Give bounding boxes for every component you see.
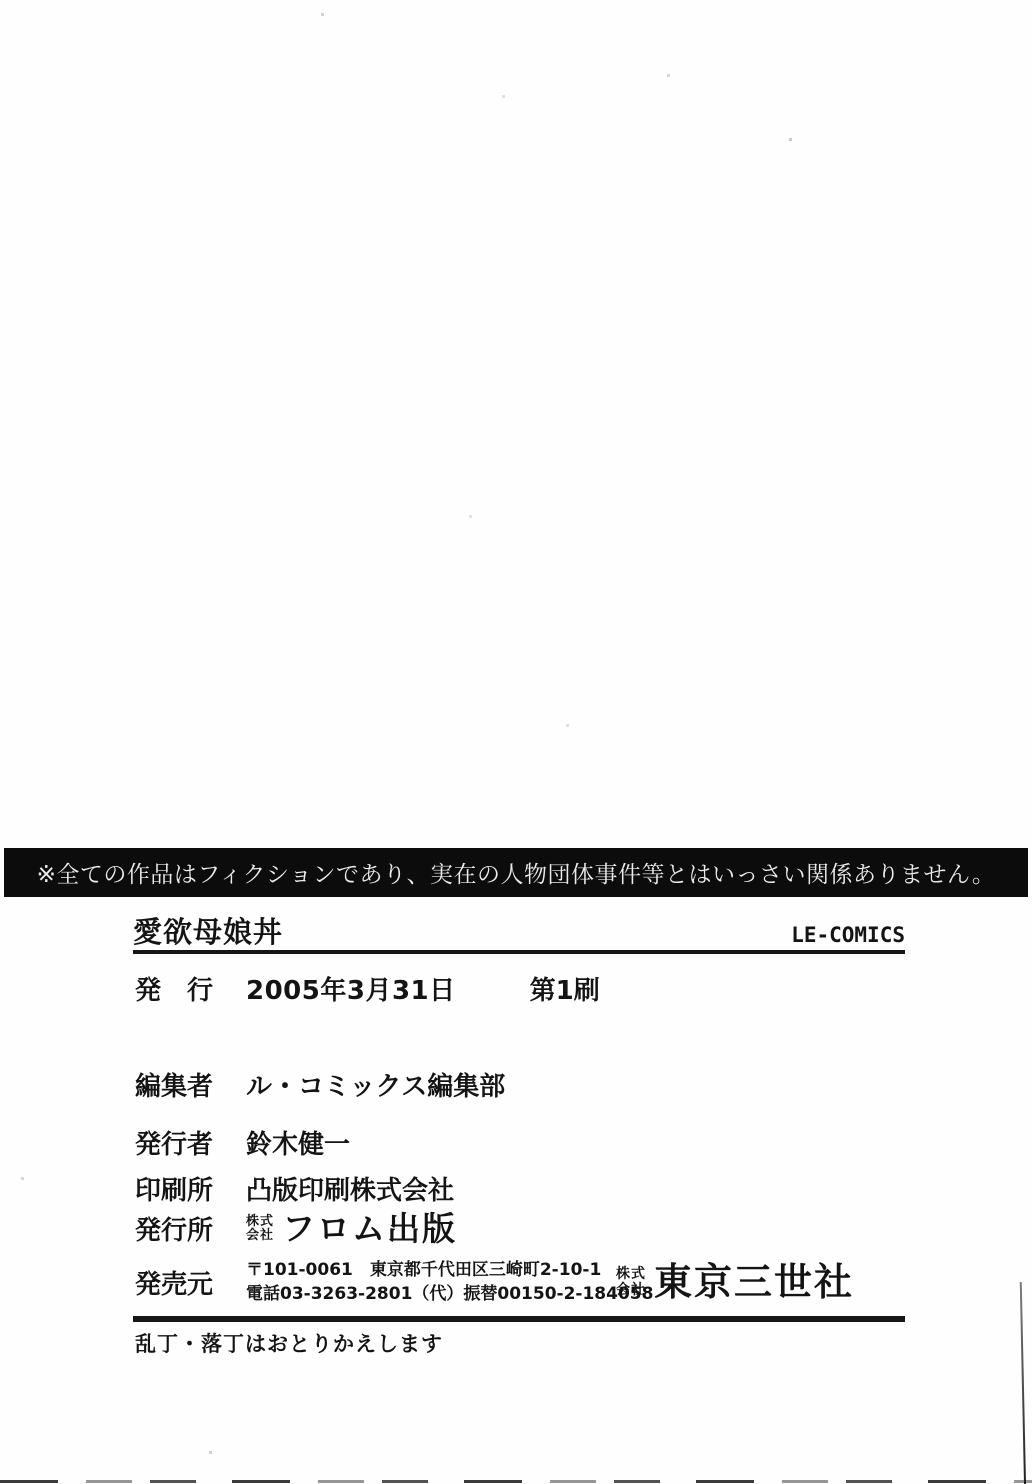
printer-row: 印刷所 凸版印刷株式会社	[135, 1170, 454, 1207]
corp-prefix-top: 株式	[246, 1215, 274, 1229]
book-title: 愛欲母娘丼	[133, 918, 283, 947]
scan-noise-specks	[0, 0, 1, 1]
disclaimer-banner: ※全ての作品はフィクションであり、実在の人物団体事件等とはいっさい関係ありません…	[4, 848, 1028, 897]
title-row: 愛欲母娘丼 LE-COMICS	[133, 918, 905, 954]
publisher-name: フロム出版	[282, 1212, 457, 1245]
publisher-corp-prefix: 株式 会社	[246, 1215, 274, 1243]
issue-label: 発 行	[135, 970, 221, 1007]
publisher-label: 発行所	[135, 1210, 221, 1247]
distributor-label: 発売元	[135, 1264, 221, 1301]
editor-value: ル・コミックス編集部	[246, 1066, 505, 1103]
colophon-page: ※全ての作品はフィクションであり、実在の人物団体事件等とはいっさい関係ありません…	[0, 0, 1032, 1484]
issuer-value: 鈴木健一	[246, 1124, 350, 1161]
issue-date: 2005年3月31日	[246, 970, 456, 1007]
distributor-address: 〒101-0061 東京都千代田区三崎町2-10-1 電話03-3263-280…	[246, 1258, 558, 1306]
imprint-label: LE-COMICS	[791, 924, 905, 947]
printer-label: 印刷所	[135, 1170, 221, 1207]
distributor-address-line2: 電話03-3263-2801（代）振替00150-2-184058	[246, 1284, 653, 1304]
distributor-name: 東京三世社	[654, 1263, 854, 1301]
distributor-corp-prefix: 株式 会社	[616, 1266, 646, 1298]
printing-number: 第1刷	[530, 970, 600, 1007]
editor-label: 編集者	[135, 1066, 221, 1103]
corp-prefix-bottom: 会社	[246, 1229, 274, 1243]
issuer-row: 発行者 鈴木健一	[135, 1124, 350, 1161]
printer-value: 凸版印刷株式会社	[246, 1170, 454, 1207]
corp-prefix-top: 株式	[616, 1266, 646, 1282]
distributor-row: 発売元 〒101-0061 東京都千代田区三崎町2-10-1 電話03-3263…	[135, 1258, 854, 1306]
issuer-label: 発行者	[135, 1124, 221, 1161]
bottom-rule	[133, 1316, 905, 1322]
disclaimer-text: ※全ての作品はフィクションであり、実在の人物団体事件等とはいっさい関係ありません…	[37, 856, 996, 889]
defect-exchange-notice: 乱丁・落丁はおとりかえします	[135, 1328, 443, 1358]
scan-edge-bottom-artifact	[0, 1480, 1032, 1483]
publisher-row: 発行所 株式 会社 フロム出版	[135, 1210, 457, 1247]
distributor-address-line1: 〒101-0061 東京都千代田区三崎町2-10-1	[246, 1260, 601, 1280]
issue-row: 発 行 2005年3月31日 第1刷	[135, 970, 600, 1007]
corp-prefix-bottom: 会社	[616, 1282, 646, 1298]
scan-edge-right-artifact	[1020, 1282, 1026, 1484]
editor-row: 編集者 ル・コミックス編集部	[135, 1066, 505, 1103]
